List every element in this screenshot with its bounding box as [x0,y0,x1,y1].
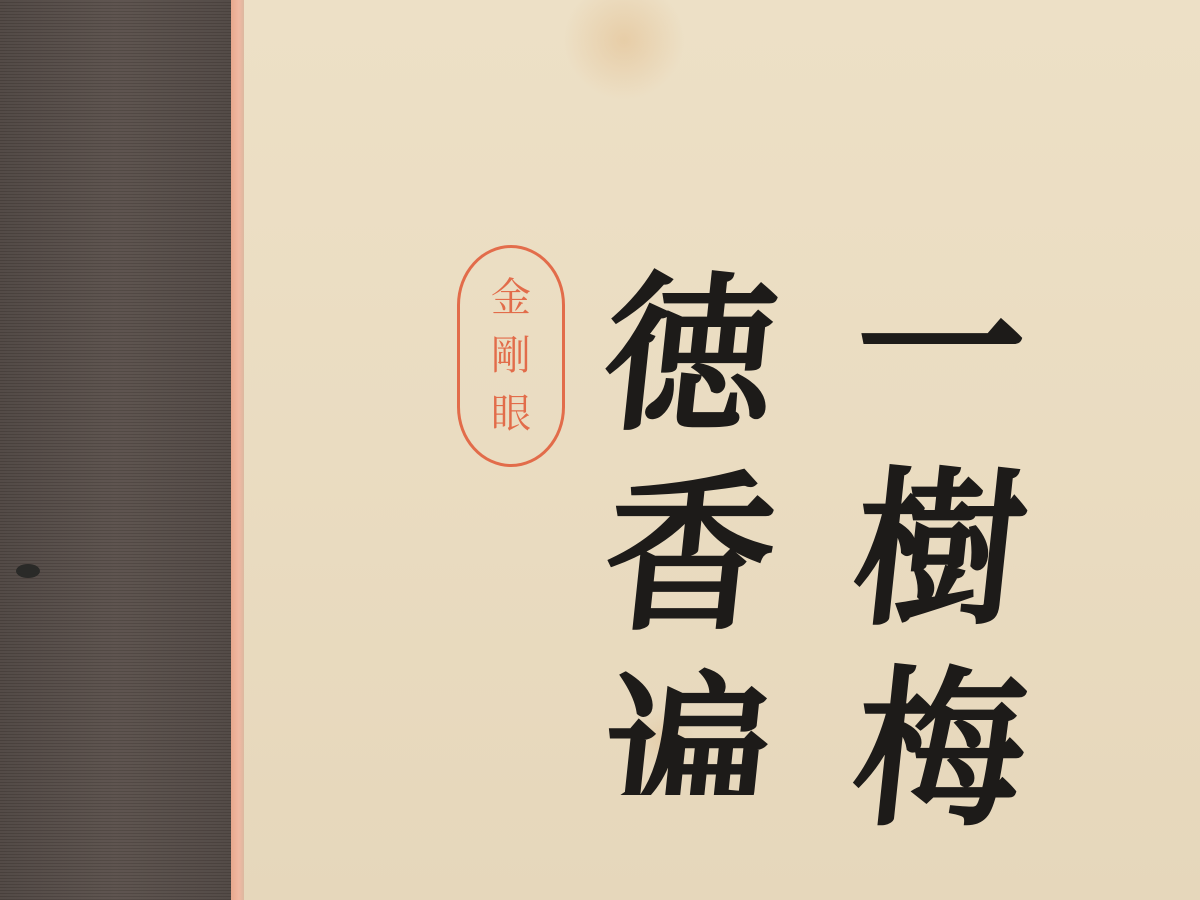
calligraphy-char: 樹 [844,450,1035,650]
seal-char: 剛 [491,327,531,385]
calligraphy-char: 梅 [844,650,1035,850]
calligraphy-right-column: 一 樹 梅 [830,250,1050,850]
calligraphy-char: 徳 [594,255,785,455]
inner-border-strip [231,0,244,900]
seal-char: 金 [491,269,531,327]
calligraphy-char-partial: 遍 [598,655,783,795]
fabric-stain [16,564,40,578]
red-seal-stamp: 金 剛 眼 [457,245,565,467]
calligraphy-char: 香 [594,455,785,655]
calligraphy-left-column: 徳 香 遍 [580,255,800,795]
mounting-fabric-border [0,0,231,900]
seal-char: 眼 [491,385,531,443]
calligraphy-char: 一 [844,250,1035,450]
